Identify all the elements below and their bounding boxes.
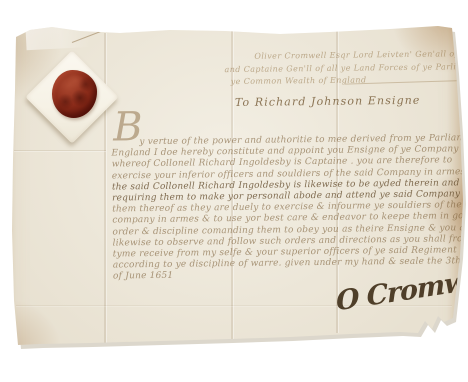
heading-line-1: Oliver Cromwell Esqr Lord Leivten' Gen'a…: [254, 49, 468, 61]
heading-line-2: and Captaine Gen'll of all ye Land Force…: [224, 62, 468, 74]
recipient-line: To Richard Johnson Ensigne: [235, 94, 421, 109]
photo-canvas: Oliver Cromwell Esqr Lord Leivten' Gen'a…: [0, 0, 468, 382]
manuscript-text-layer: Oliver Cromwell Esqr Lord Leivten' Gen'a…: [0, 0, 468, 382]
parchment-document: Oliver Cromwell Esqr Lord Leivten' Gen'a…: [0, 0, 468, 382]
body-text-block: y vertue of the power and authoritie to …: [111, 133, 465, 283]
